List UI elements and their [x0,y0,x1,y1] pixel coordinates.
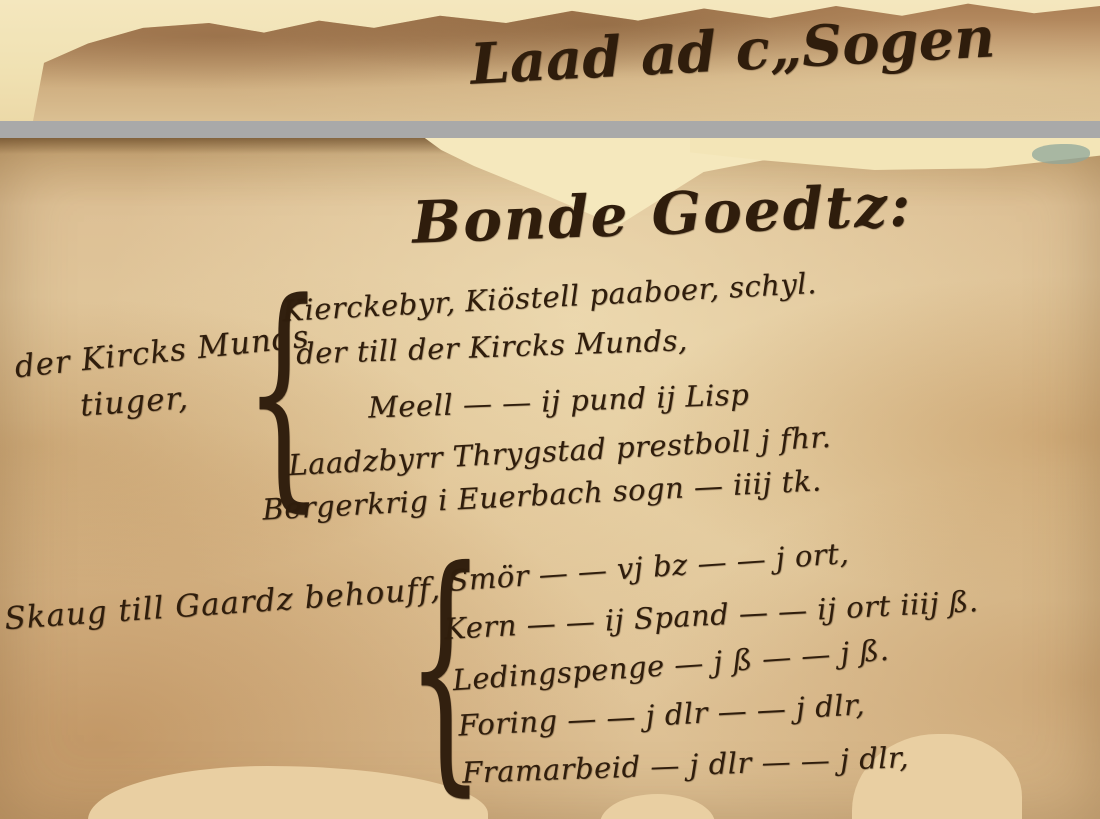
entry-line: Smör — — vj bz — — j ort, [447,536,850,598]
page-heading: Bonde Goedtz: [411,171,913,256]
group-label-line: tiuger, [79,380,190,424]
entry-line: Ledingspenge — j ß — — j ß. [451,633,890,697]
paper-stain-teal [1032,144,1090,164]
entry-line: Framarbeid — j dlr — — j dlr, [462,740,910,790]
entry-line: Meell — — ij pund ij Lisp [368,377,750,424]
manuscript-scan: Laad ad c„Sogen Bonde Goedtz: der Kircks… [0,0,1100,819]
entry-line: Kern — — ij Spand — — ij ort iiij ß. [443,584,979,646]
manuscript-page: Bonde Goedtz: der Kircks Munds tiuger, {… [0,138,1100,819]
entry-line: Foring — — j dlr — — j dlr, [457,687,865,742]
group-label-line: Skaug till Gaardz behouff, [3,571,442,637]
header-strip: Laad ad c„Sogen [0,0,1100,121]
divider-band [0,121,1100,138]
entry-line: der till der Kircks Munds, [296,323,689,371]
bottom-paper-patch [600,794,715,819]
entry-line: Kierckebyr, Kiöstell paaboer, schyl. [281,266,817,328]
